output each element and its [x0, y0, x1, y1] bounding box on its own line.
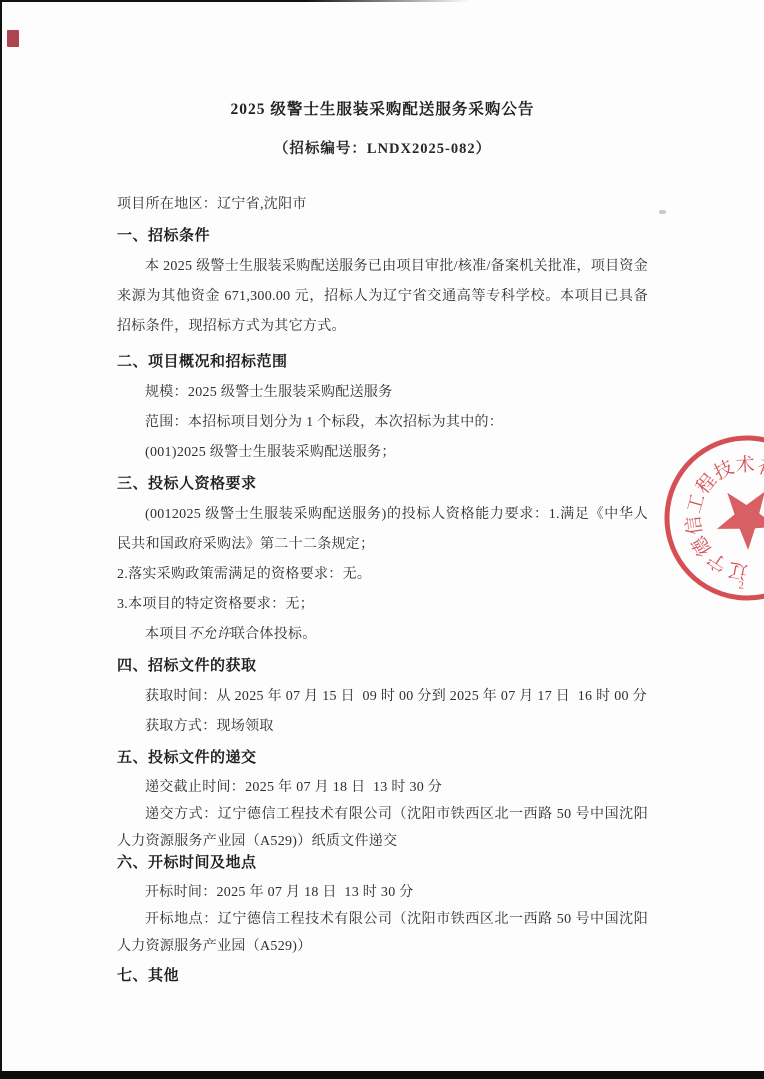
- document-body: 2025 级警士生服装采购配送服务采购公告 （招标编号：LNDX2025-082…: [117, 0, 648, 992]
- paragraph: 范围：本招标项目划分为 1 个标段，本次招标为其中的：: [117, 408, 648, 438]
- document-sections: 一、招标条件本 2025 级警士生服装采购配送服务已由项目审批/核准/备案机关批…: [117, 220, 648, 992]
- seal-company-char: 宁: [703, 548, 731, 577]
- page-title: 2025 级警士生服装采购配送服务采购公告: [117, 97, 648, 123]
- red-ink-speck: [7, 30, 19, 47]
- section-heading: 三、投标人资格要求: [117, 468, 648, 500]
- paragraph: 开标时间：2025 年 07 月 18 日 13 时 30 分: [117, 879, 648, 906]
- paragraph: (0012025 级警士生服装采购配送服务)的投标人资格能力要求：1.满足《中华…: [117, 500, 648, 560]
- section: 一、招标条件本 2025 级警士生服装采购配送服务已由项目审批/核准/备案机关批…: [117, 220, 648, 342]
- paragraph: 开标地点：辽宁德信工程技术有限公司（沈阳市铁西区北一西路 50 号中国沈阳人力资…: [117, 906, 648, 960]
- seal-company-char: 有: [754, 455, 764, 483]
- text-segment: 开标地点：辽宁德信工程技术有限公司（沈阳市铁西区北一西路 50 号中国沈阳人力资…: [117, 912, 648, 954]
- text-segment: 范围：本招标项目划分为 1 个标段，本次招标为其中的：: [145, 415, 503, 430]
- text-segment: 本项目: [145, 627, 188, 642]
- section-heading: 七、其他: [117, 960, 648, 992]
- text-segment: 不允许: [188, 627, 231, 642]
- text-segment: 获取方式：现场领取: [145, 719, 274, 734]
- seal-company-char: 程: [692, 470, 721, 499]
- seal-company-char: 术: [735, 454, 755, 477]
- scan-edge-left: [0, 0, 2, 1079]
- scanned-document-page: 2025 级警士生服装采购配送服务采购公告 （招标编号：LNDX2025-082…: [0, 0, 764, 1079]
- paragraph: 2.落实采购政策需满足的资格要求：无。: [117, 560, 648, 590]
- seal-star-icon: [703, 474, 764, 557]
- scan-edge-bottom: [0, 1071, 764, 1079]
- text-segment: 递交截止时间：2025 年 07 月 18 日 13 时 30 分: [145, 780, 442, 795]
- paragraph: 3.本项目的特定资格要求：无；: [117, 590, 648, 620]
- seal-ring: [635, 406, 764, 631]
- section: 四、招标文件的获取获取时间：从 2025 年 07 月 15 日 09 时 00…: [117, 650, 648, 742]
- text-segment: 获取时间：从 2025 年 07 月 15 日 09 时 00 分到 2025 …: [145, 689, 647, 704]
- text-segment: (0012025 级警士生服装采购配送服务)的投标人资格能力要求：1.满足《中华…: [117, 507, 648, 552]
- text-segment: 开标时间：2025 年 07 月 18 日 13 时 30 分: [145, 885, 414, 900]
- gray-scan-speck: [659, 210, 666, 214]
- section-heading: 一、招标条件: [117, 220, 648, 252]
- text-segment: 3.本项目的特定资格要求：无；: [117, 597, 314, 612]
- text-segment: 规模：2025 级警士生服装采购配送服务: [145, 385, 393, 400]
- seal-company-char: 德: [687, 531, 716, 560]
- section: 七、其他: [117, 960, 648, 992]
- project-location-line: 项目所在地区：辽宁省,沈阳市: [117, 190, 648, 220]
- paragraph: 获取时间：从 2025 年 07 月 15 日 09 时 00 分到 2025 …: [117, 682, 648, 712]
- text-segment: 本 2025 级警士生服装采购配送服务已由项目审批/核准/备案机关批准，项目资金…: [117, 259, 648, 334]
- text-segment: 联合体投标。: [231, 627, 317, 642]
- section: 六、开标时间及地点开标时间：2025 年 07 月 18 日 13 时 30 分…: [117, 847, 648, 960]
- section-heading: 四、招标文件的获取: [117, 650, 648, 682]
- section-heading: 二、项目概况和招标范围: [117, 346, 648, 378]
- paragraph: 规模：2025 级警士生服装采购配送服务: [117, 378, 648, 408]
- section: 五、投标文件的递交递交截止时间：2025 年 07 月 18 日 13 时 30…: [117, 742, 648, 855]
- section: 三、投标人资格要求(0012025 级警士生服装采购配送服务)的投标人资格能力要…: [117, 468, 648, 650]
- text-segment: 2.落实采购政策需满足的资格要求：无。: [117, 567, 371, 582]
- seal-digit: 2: [738, 580, 744, 592]
- bid-number: （招标编号：LNDX2025-082）: [117, 136, 648, 162]
- seal-company-char: 辽: [727, 558, 750, 583]
- text-segment: 递交方式：辽宁德信工程技术有限公司（沈阳市铁西区北一西路 50 号中国沈阳人力资…: [117, 807, 648, 849]
- section: 二、项目概况和招标范围规模：2025 级警士生服装采购配送服务范围：本招标项目划…: [117, 346, 648, 468]
- paragraph: 递交截止时间：2025 年 07 月 18 日 13 时 30 分: [117, 774, 648, 801]
- paragraph: 本 2025 级警士生服装采购配送服务已由项目审批/核准/备案机关批准，项目资金…: [117, 252, 648, 342]
- text-segment: (001)2025 级警士生服装采购配送服务；: [145, 445, 396, 460]
- paragraph: 获取方式：现场领取: [117, 712, 648, 742]
- section-heading: 五、投标文件的递交: [117, 742, 648, 774]
- seal-company-char: 信: [682, 514, 706, 536]
- paragraph: 本项目不允许联合体投标。: [117, 620, 648, 650]
- seal-company-char: 技: [710, 456, 737, 484]
- seal-company-char: 工: [684, 491, 709, 515]
- paragraph: (001)2025 级警士生服装采购配送服务；: [117, 438, 648, 468]
